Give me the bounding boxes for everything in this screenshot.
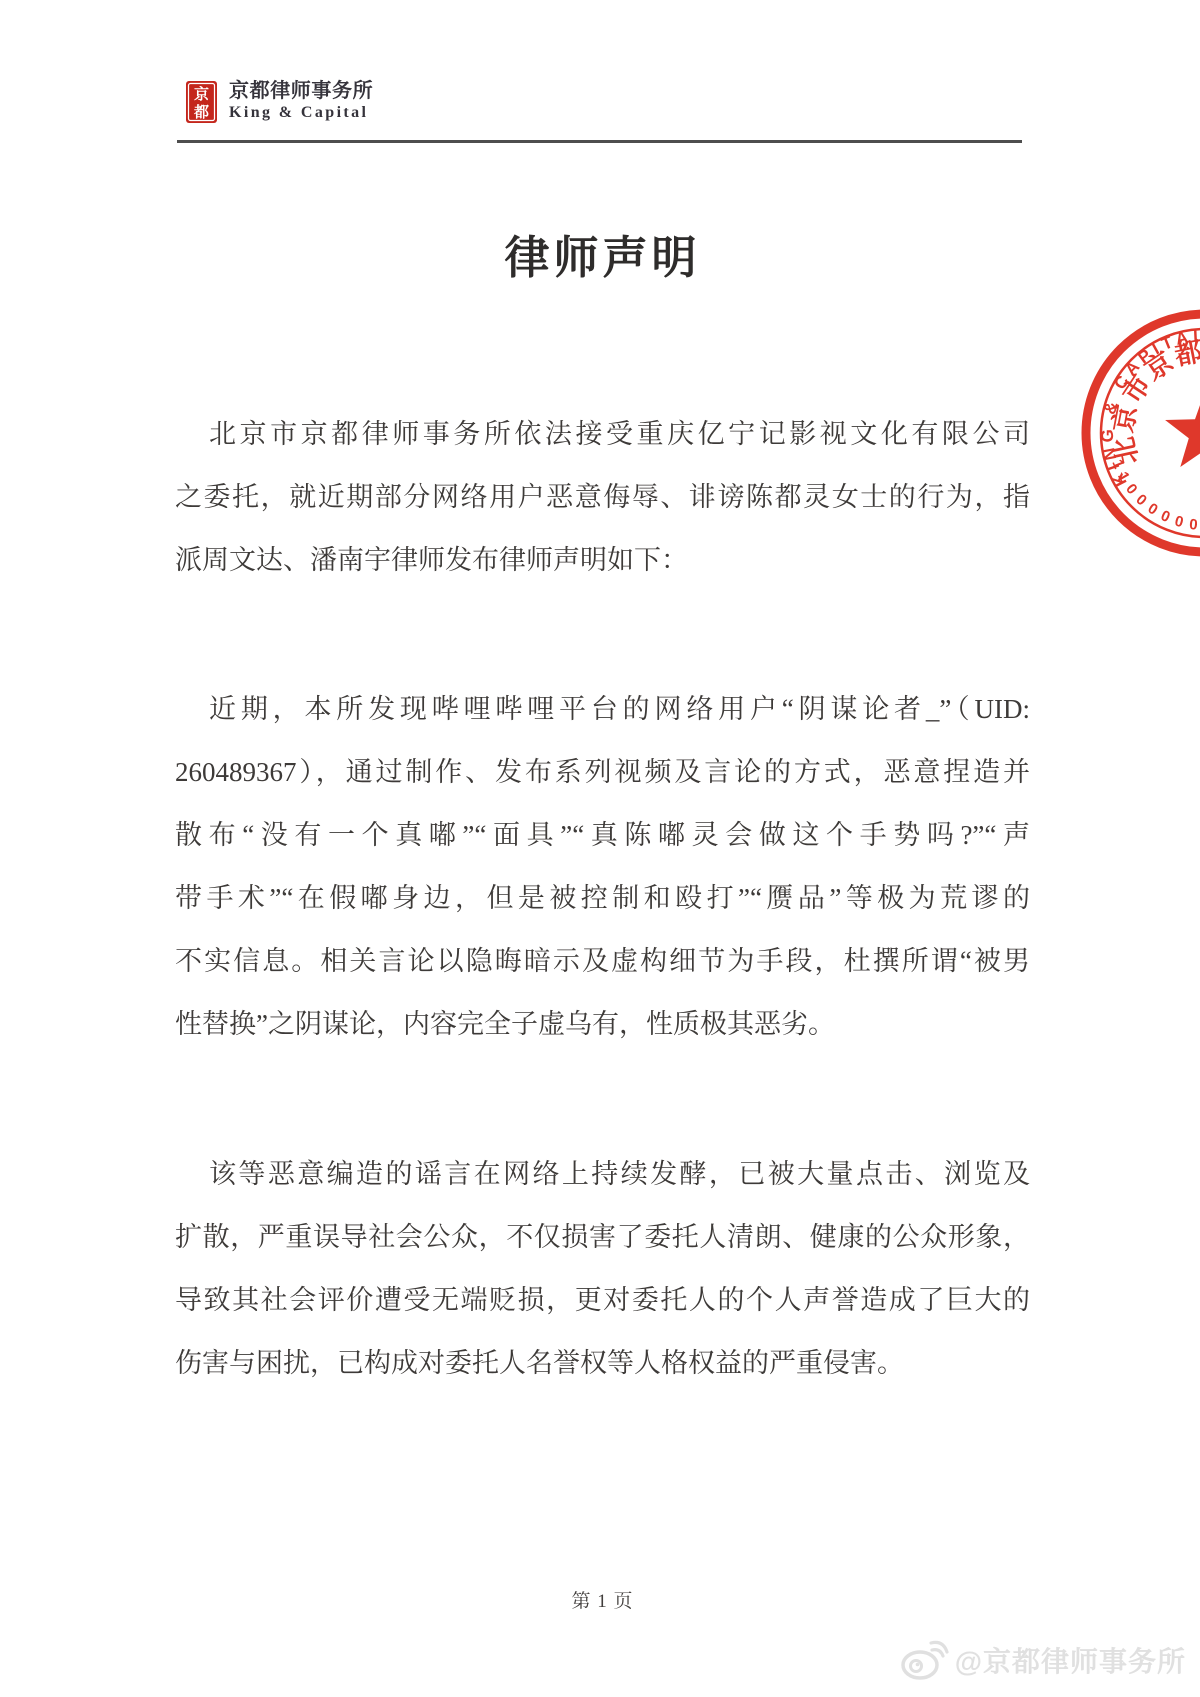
text-line: 伤害与困扰，已构成对委托人名誉权等人格权益的严重侵害。 [175,1332,1030,1395]
text-line: 派周文达、潘南宇律师发布律师声明如下： [175,529,1030,592]
page-number: 第 1 页 [175,1586,1030,1613]
paragraph-2: 近期，本所发现哔哩哔哩平台的网络用户“阴谋论者_”（UID:260489367）… [175,678,1030,1056]
text-line: 近期，本所发现哔哩哔哩平台的网络用户“阴谋论者_”（UID: [175,678,1030,741]
text-line: 性替换”之阴谋论，内容完全子虚乌有，性质极其恶劣。 [175,993,1030,1056]
text-line: 散布“没有一个真嘟”“面具”“真陈嘟灵会做这个手势吗?”“声 [175,804,1030,867]
weibo-icon [901,1640,949,1680]
text-line: 北京市京都律师事务所依法接受重庆亿宁记影视文化有限公司 [175,403,1030,466]
text-line: 带手术”“在假嘟身边，但是被控制和殴打”“赝品”等极为荒谬的 [175,867,1030,930]
text-line: 该等恶意编造的谣言在网络上持续发酵，已被大量点击、浏览及 [175,1143,1030,1206]
watermark-handle: @京都律师事务所 [955,1640,1186,1680]
text-line: 不实信息。相关言论以隐晦暗示及虚构细节为手段，杜撰所谓“被男 [175,930,1030,993]
text-line: 扩散，严重误导社会公众，不仅损害了委托人清朗、健康的公众形象， [175,1206,1030,1269]
text-line: 260489367），通过制作、发布系列视频及言论的方式，恶意捏造并 [175,741,1030,804]
paragraph-3: 该等恶意编造的谣言在网络上持续发酵，已被大量点击、浏览及扩散，严重误导社会公众，… [175,1143,1030,1395]
paragraph-1: 北京市京都律师事务所依法接受重庆亿宁记影视文化有限公司之委托，就近期部分网络用户… [175,403,1030,592]
text-line: 导致其社会评价遭受无端贬损，更对委托人的个人声誉造成了巨大的 [175,1269,1030,1332]
star-icon [1165,391,1200,467]
document-page: { "header": { "logo_seal_top": "京", "log… [0,0,1200,1697]
document-body: 北京市京都律师事务所依法接受重庆亿宁记影视文化有限公司之委托，就近期部分网络用户… [0,0,1200,1697]
text-line: 之委托，就近期部分网络用户恶意侮辱、诽谤陈都灵女士的行为，指 [175,466,1030,529]
official-seal: KING & CAPITAL 北京市京都律师事务所 1100000000 [1060,288,1200,578]
weibo-watermark: @京都律师事务所 [901,1640,1186,1680]
